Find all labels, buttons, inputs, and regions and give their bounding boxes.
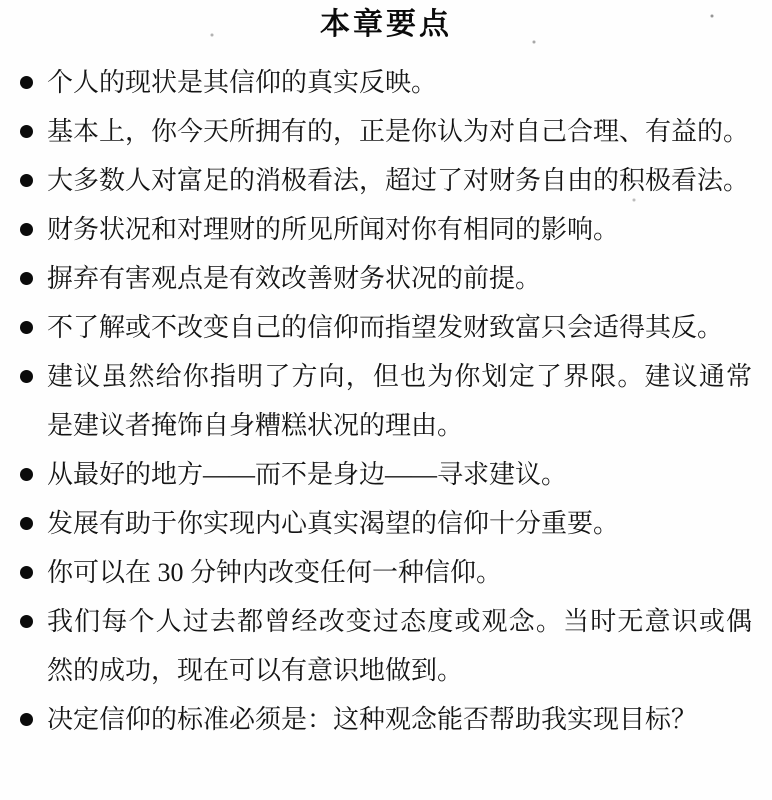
bullet-icon xyxy=(20,76,33,89)
list-item: 基本上，你今天所拥有的，正是你认为对自己合理、有益的。 xyxy=(20,107,752,156)
list-item-text: 摒弃有害观点是有效改善财务状况的前提。 xyxy=(47,254,752,303)
key-points-list: 个人的现状是其信仰的真实反映。基本上，你今天所拥有的，正是你认为对自己合理、有益… xyxy=(0,58,772,744)
bullet-icon xyxy=(20,713,33,726)
bullet-icon xyxy=(20,370,33,383)
list-item-line: 不了解或不改变自己的信仰而指望发财致富只会适得其反。 xyxy=(47,303,752,352)
list-item-line: 财务状况和对理财的所见所闻对你有相同的影响。 xyxy=(47,205,752,254)
bullet-icon xyxy=(20,174,33,187)
list-item: 从最好的地方——而不是身边——寻求建议。 xyxy=(20,450,752,499)
list-item-line: 从最好的地方——而不是身边——寻求建议。 xyxy=(47,450,752,499)
bullet-icon xyxy=(20,321,33,334)
list-item-line: 发展有助于你实现内心真实渴望的信仰十分重要。 xyxy=(47,499,752,548)
bullet-icon xyxy=(20,272,33,285)
list-item-line: 摒弃有害观点是有效改善财务状况的前提。 xyxy=(47,254,752,303)
page-title: 本章要点 xyxy=(0,6,772,44)
list-item-text: 我们每个人过去都曾经改变过态度或观念。当时无意识或偶然的成功，现在可以有意识地做… xyxy=(47,597,752,695)
list-item-line: 大多数人对富足的消极看法，超过了对财务自由的积极看法。 xyxy=(47,156,752,205)
list-item: 决定信仰的标准必须是：这种观念能否帮助我实现目标？ xyxy=(20,695,752,744)
list-item-text: 发展有助于你实现内心真实渴望的信仰十分重要。 xyxy=(47,499,752,548)
list-item: 你可以在 30 分钟内改变任何一种信仰。 xyxy=(20,548,752,597)
list-item-text: 从最好的地方——而不是身边——寻求建议。 xyxy=(47,450,752,499)
bullet-icon xyxy=(20,468,33,481)
list-item: 财务状况和对理财的所见所闻对你有相同的影响。 xyxy=(20,205,752,254)
list-item-text: 不了解或不改变自己的信仰而指望发财致富只会适得其反。 xyxy=(47,303,752,352)
list-item-line: 个人的现状是其信仰的真实反映。 xyxy=(47,58,752,107)
bullet-icon xyxy=(20,615,33,628)
list-item-text: 建议虽然给你指明了方向，但也为你划定了界限。建议通常是建议者掩饰自身糟糕状况的理… xyxy=(47,352,752,450)
list-item: 大多数人对富足的消极看法，超过了对财务自由的积极看法。 xyxy=(20,156,752,205)
list-item-line: 我们每个人过去都曾经改变过态度或观念。当时无意识或偶 xyxy=(47,597,752,646)
list-item-line: 是建议者掩饰自身糟糕状况的理由。 xyxy=(47,401,752,450)
scanned-book-page: 本章要点 个人的现状是其信仰的真实反映。基本上，你今天所拥有的，正是你认为对自己… xyxy=(0,0,772,800)
list-item: 个人的现状是其信仰的真实反映。 xyxy=(20,58,752,107)
list-item-text: 财务状况和对理财的所见所闻对你有相同的影响。 xyxy=(47,205,752,254)
list-item: 摒弃有害观点是有效改善财务状况的前提。 xyxy=(20,254,752,303)
list-item-line: 基本上，你今天所拥有的，正是你认为对自己合理、有益的。 xyxy=(47,107,752,156)
list-item: 发展有助于你实现内心真实渴望的信仰十分重要。 xyxy=(20,499,752,548)
bullet-icon xyxy=(20,223,33,236)
list-item-line: 你可以在 30 分钟内改变任何一种信仰。 xyxy=(47,548,752,597)
bullet-icon xyxy=(20,566,33,579)
list-item: 不了解或不改变自己的信仰而指望发财致富只会适得其反。 xyxy=(20,303,752,352)
list-item-line: 建议虽然给你指明了方向，但也为你划定了界限。建议通常 xyxy=(47,352,752,401)
list-item-text: 决定信仰的标准必须是：这种观念能否帮助我实现目标？ xyxy=(47,695,752,744)
bullet-icon xyxy=(20,125,33,138)
list-item-line: 决定信仰的标准必须是：这种观念能否帮助我实现目标？ xyxy=(47,695,752,744)
list-item-text: 大多数人对富足的消极看法，超过了对财务自由的积极看法。 xyxy=(47,156,752,205)
list-item-text: 基本上，你今天所拥有的，正是你认为对自己合理、有益的。 xyxy=(47,107,752,156)
list-item-line: 然的成功，现在可以有意识地做到。 xyxy=(47,646,752,695)
bullet-icon xyxy=(20,517,33,530)
list-item: 我们每个人过去都曾经改变过态度或观念。当时无意识或偶然的成功，现在可以有意识地做… xyxy=(20,597,752,695)
list-item-text: 你可以在 30 分钟内改变任何一种信仰。 xyxy=(47,548,752,597)
list-item-text: 个人的现状是其信仰的真实反映。 xyxy=(47,58,752,107)
list-item: 建议虽然给你指明了方向，但也为你划定了界限。建议通常是建议者掩饰自身糟糕状况的理… xyxy=(20,352,752,450)
